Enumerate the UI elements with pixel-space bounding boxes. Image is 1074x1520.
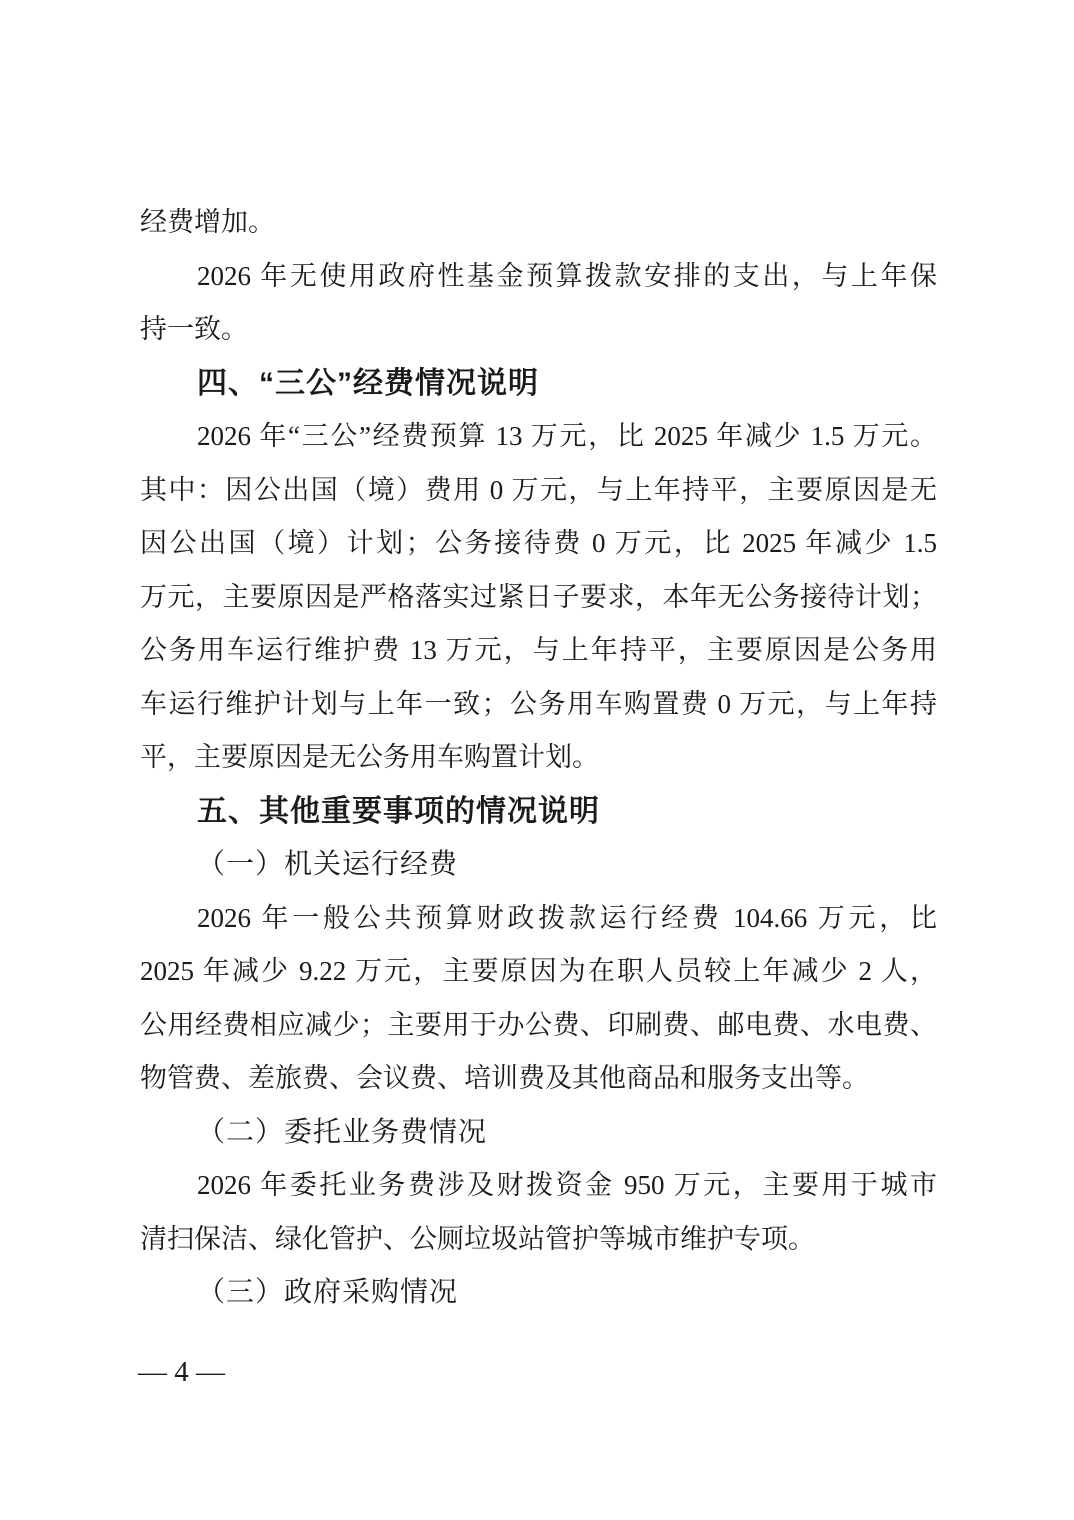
- body-text-line: 其中：因公出国（境）费用 0 万元，与上年持平，主要原因是无: [140, 464, 937, 518]
- subsection-heading: （三）政府采购情况: [140, 1266, 937, 1320]
- subsection-heading: （二）委托业务费情况: [140, 1106, 937, 1160]
- body-text-line: 平，主要原因是无公务用车购置计划。: [140, 731, 937, 785]
- body-text-line: 2025 年减少 9.22 万元，主要原因为在职人员较上年减少 2 人，: [140, 945, 937, 999]
- body-text-line: 物管费、差旅费、会议费、培训费及其他商品和服务支出等。: [140, 1052, 937, 1106]
- body-text-line: 经费增加。: [140, 196, 937, 250]
- body-text-line: 2026 年一般公共预算财政拨款运行经费 104.66 万元，比: [140, 892, 937, 946]
- body-text-line: 2026 年委托业务费涉及财拨资金 950 万元，主要用于城市: [140, 1159, 937, 1213]
- body-text-line: 因公出国（境）计划；公务接待费 0 万元，比 2025 年减少 1.5: [140, 517, 937, 571]
- body-text-line: 万元，主要原因是严格落实过紧日子要求，本年无公务接待计划；: [140, 571, 937, 625]
- body-text-line: 公用经费相应减少；主要用于办公费、印刷费、邮电费、水电费、: [140, 999, 937, 1053]
- body-text-line: 清扫保洁、绿化管护、公厕垃圾站管护等城市维护专项。: [140, 1213, 937, 1267]
- page-number: — 4 —: [138, 1355, 225, 1389]
- body-text-line: 持一致。: [140, 303, 937, 357]
- document-body: 经费增加。2026 年无使用政府性基金预算拨款安排的支出，与上年保持一致。四、“…: [140, 196, 937, 1320]
- section-heading: 四、“三公”经费情况说明: [140, 357, 937, 411]
- body-text-line: 公务用车运行维护费 13 万元，与上年持平，主要原因是公务用: [140, 624, 937, 678]
- body-text-line: 2026 年“三公”经费预算 13 万元，比 2025 年减少 1.5 万元。: [140, 410, 937, 464]
- document-page: 经费增加。2026 年无使用政府性基金预算拨款安排的支出，与上年保持一致。四、“…: [0, 0, 1074, 1520]
- subsection-heading: （一）机关运行经费: [140, 838, 937, 892]
- section-heading: 五、其他重要事项的情况说明: [140, 785, 937, 839]
- body-text-line: 车运行维护计划与上年一致；公务用车购置费 0 万元，与上年持: [140, 678, 937, 732]
- body-text-line: 2026 年无使用政府性基金预算拨款安排的支出，与上年保: [140, 250, 937, 304]
